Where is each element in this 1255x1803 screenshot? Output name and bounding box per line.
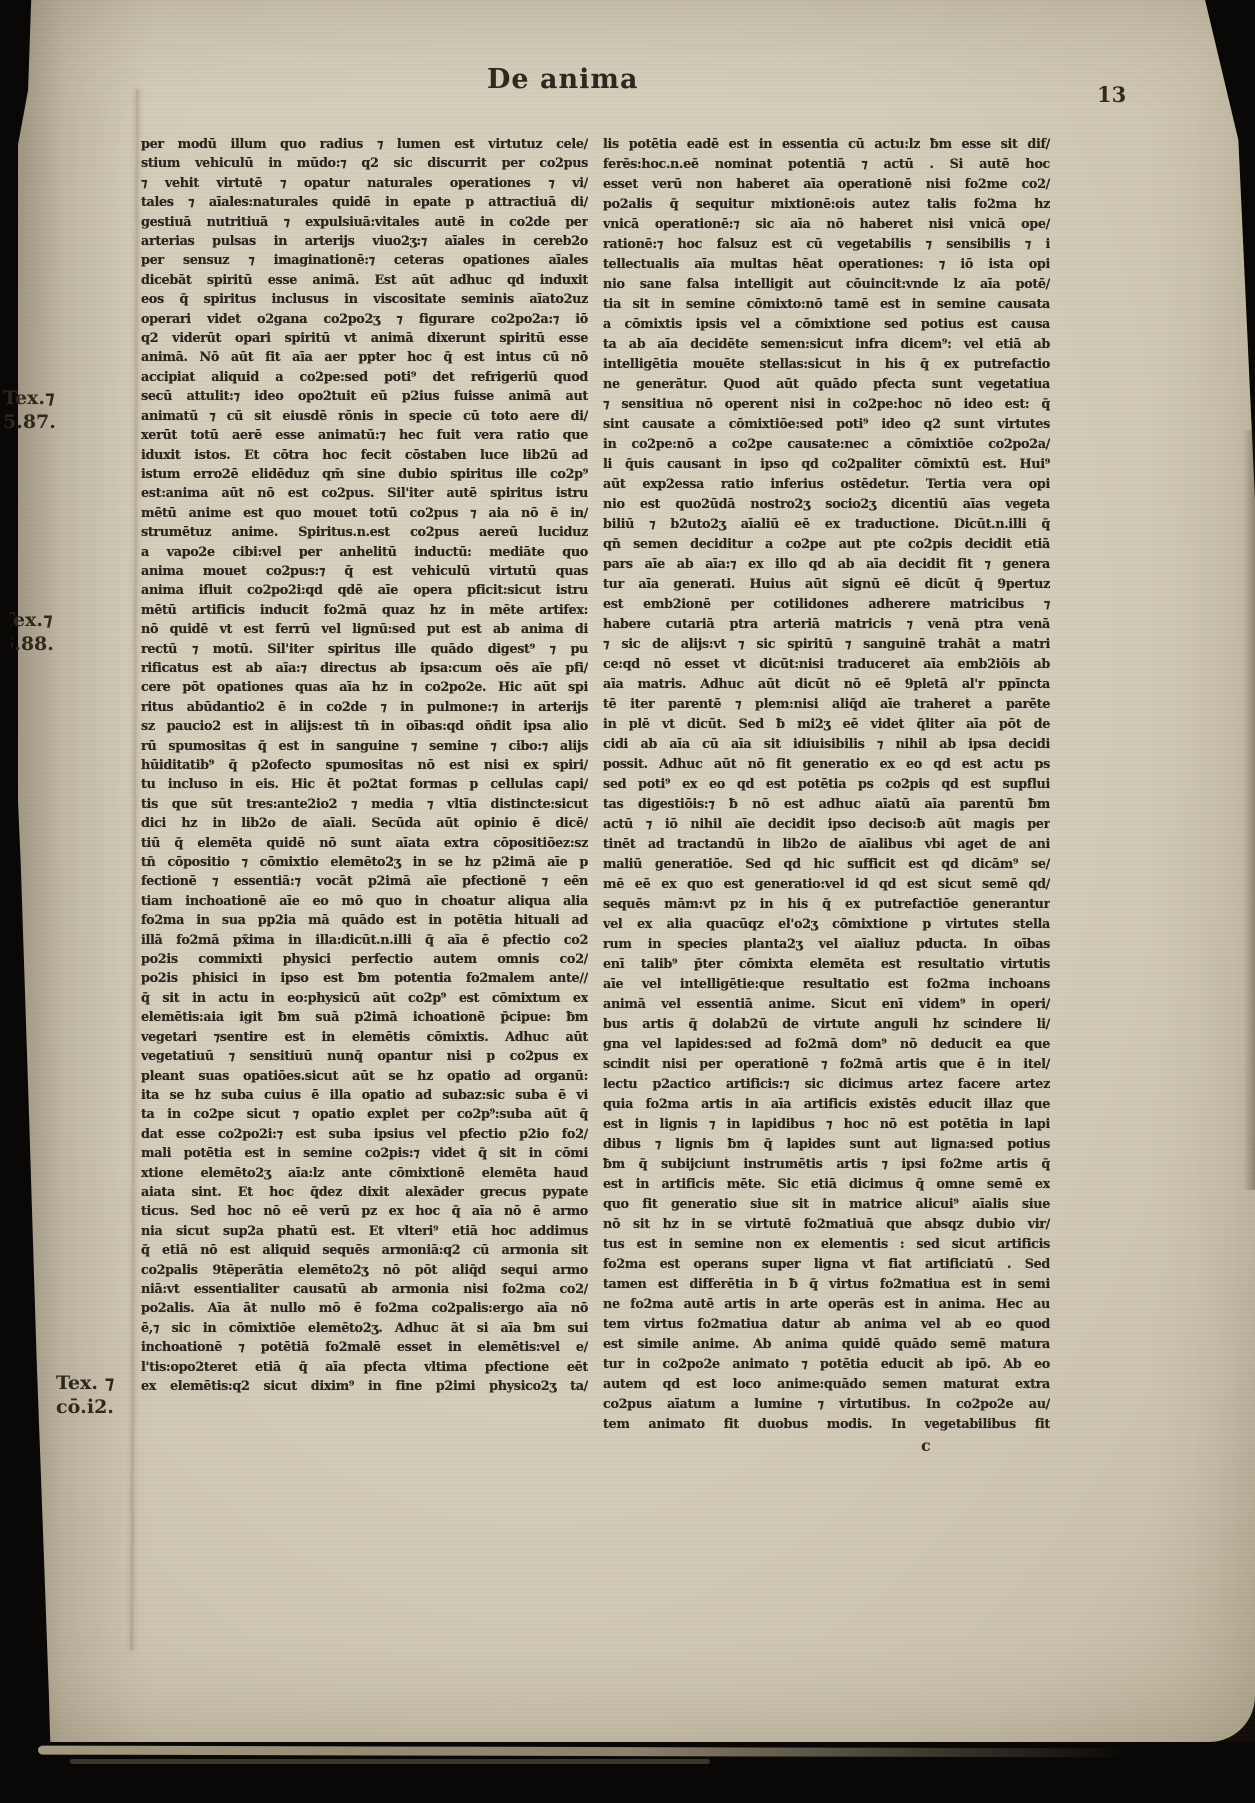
text-line: mē eē ex quo est generatio:vel id qd est… xyxy=(603,877,1050,897)
text-line: mētū anime est quo mouet totū co2pus ⁊ a… xyxy=(141,506,588,525)
page-stack-edge-2 xyxy=(70,1759,710,1764)
text-line: operari videt́ o2gana co2po2ʒ ⁊ figurare… xyxy=(141,312,588,331)
text-line: actū ⁊ iō nihil aīe decidit ipso deciso:… xyxy=(603,817,1050,837)
text-line: sed poti⁹ ex eo qd est potētia ps co2pis… xyxy=(603,777,1050,797)
text-line: dici hz in lib2o de aīali. Secūda aūt op… xyxy=(141,816,588,835)
text-line: per modū illum quo radius ⁊ lumen est vi… xyxy=(141,137,588,156)
text-line: po2is commixti physici perfectio autem o… xyxy=(141,952,588,971)
text-line: ex elemētis:q2 sicut dixim⁹ in fine p2im… xyxy=(141,1379,588,1398)
text-line: tales ⁊ aīales:naturales quidē in epate … xyxy=(141,195,588,214)
text-line: vegetatiuū ⁊ sensitiuū nunq̄ opantur nis… xyxy=(141,1049,588,1068)
text-line: intelligētia mouēte stellas:sicut in his… xyxy=(603,357,1050,377)
margin-note-1: Tex.⁊ 5.87. xyxy=(3,386,56,434)
text-line: est in artificis mēte. Sic etiā dicimus … xyxy=(603,1177,1050,1197)
text-line: animatū ⁊ cū sit eiusdē rōnis in specie … xyxy=(141,409,588,428)
text-line: eos q̄ spiritus inclusus in viscositate … xyxy=(141,292,588,311)
text-line: anima mouet co2pus:⁊ q̄ est vehiculū vir… xyxy=(141,564,588,583)
text-line: ta in co2pe sicut ⁊ opatio explet́ per c… xyxy=(141,1107,588,1126)
text-line: ita se hz suba cuius ē illa opatio ad su… xyxy=(141,1088,588,1107)
text-line: tn̄ cōpositio ⁊ cōmixtio elemēto2ʒ in se… xyxy=(141,855,588,874)
text-line: a vapo2e cibi:vel per anhelitū inductū: … xyxy=(141,545,588,564)
text-line: rificatus est ab aīa:⁊ directus ab ipsa:… xyxy=(141,661,588,680)
text-line: xtione elemēto2ʒ aīa:lz ante cōmixtionē … xyxy=(141,1166,588,1185)
margin-note-line: 5.87. xyxy=(3,410,56,434)
text-line: quo fit generatio siue sit in matrice al… xyxy=(603,1197,1050,1217)
text-line: animā. Nō aūt fit aīa aer ppter hoc q̄ e… xyxy=(141,350,588,369)
text-line: stium vehiculū in mūdo:⁊ q2 sic discurri… xyxy=(141,156,588,175)
text-line: nō sit hz in se virtutē fo2matiuā que ab… xyxy=(603,1217,1050,1237)
text-line: aīa matris. Adhuc aūt dicūt nō eē 9pletā… xyxy=(603,677,1050,697)
text-line: fo2ma in sua pp2ia mā quādo est in potēt… xyxy=(141,913,588,932)
text-line: nio est quo2ūdā nostro2ʒ socio2ʒ dicenti… xyxy=(603,497,1050,517)
text-line: ne fo2ma autē artis in arte operās est i… xyxy=(603,1297,1050,1317)
text-line: biliū ⁊ b2uto2ʒ aīaliū eē ex traductione… xyxy=(603,517,1050,537)
text-line: est:anima aūt nō est co2pus. Sil'iter au… xyxy=(141,486,588,505)
text-line: po2alis. Aīa āt nullo mō ē fo2ma co2pali… xyxy=(141,1301,588,1320)
text-line: sequēs mām:vt pz in his q̄ ex putrefacti… xyxy=(603,897,1050,917)
text-line: po2alis q̄ sequitur mixtionē:ois autez t… xyxy=(603,197,1050,217)
text-line: bus artis q̄ dolab2ū de virtute anguli h… xyxy=(603,1017,1050,1037)
text-line: gestiuā nutritiuā ⁊ expulsiuā:vitales au… xyxy=(141,215,588,234)
folio-number: 13 xyxy=(1097,82,1126,107)
text-line: est emb2ionē per cotilidones adherere ma… xyxy=(603,597,1050,617)
text-line: quia fo2ma artis in aīa artificis existē… xyxy=(603,1097,1050,1117)
text-line: tem animato fit duobus modis. In vegetab… xyxy=(603,1417,1050,1437)
text-column-right: lis potētia eadē est in essentia cū actu… xyxy=(603,137,1050,1437)
text-line: strumētuz anime. Spiritus.n.est co2pus a… xyxy=(141,525,588,544)
text-line: scindit nisi per operationē ⁊ fo2mā arti… xyxy=(603,1057,1050,1077)
text-line: q̄ sit in actu in eo:physicū aūt co2p⁹ e… xyxy=(141,991,588,1010)
page-stack-edge xyxy=(38,1746,1128,1758)
text-line: tur in co2po2e animato ⁊ potētia educit́… xyxy=(603,1357,1050,1377)
text-column-left: per modū illum quo radius ⁊ lumen est vi… xyxy=(141,137,588,1398)
text-line: l'tis:opo2teret etiā q̄ aīa pfecta vltim… xyxy=(141,1360,588,1379)
text-line: rationē:⁊ hoc falsuz est cū vegetabilis … xyxy=(603,237,1050,257)
text-line: vel ex alia quacūqz el'o2ʒ cōmixtione p … xyxy=(603,917,1050,937)
text-line: ⁊ vehit virtutē ⁊ opatur naturales opera… xyxy=(141,176,588,195)
book-edge-right-shadow xyxy=(1243,430,1255,1190)
text-line: istum erro2ē elidēduz qm̄ sine dubio spi… xyxy=(141,467,588,486)
text-line: enī talib⁹ p̄ter cōmixta elemēta est res… xyxy=(603,957,1050,977)
text-line: autem qd est loco anime:quādo semen matu… xyxy=(603,1377,1050,1397)
text-line: aūt exp2essa ratio inferius ostēdetur. T… xyxy=(603,477,1050,497)
text-line: q2 viderūt opari spiritū vt animā dixeru… xyxy=(141,331,588,350)
text-line: ⁊ sensitiua nō operent́ nisi in co2pe:ho… xyxy=(603,397,1050,417)
text-line: pleant suas opatiōes.sicut aūt se hz opa… xyxy=(141,1069,588,1088)
text-line: po2is phisici in ipso est ƀm potentia fo… xyxy=(141,971,588,990)
text-line: est in lignis ⁊ in lapidibus ⁊ hoc nō es… xyxy=(603,1117,1050,1137)
text-line: gna vel lapides:sed ad fo2mā dom⁹ nō ded… xyxy=(603,1037,1050,1057)
running-title: De anima xyxy=(487,64,638,95)
text-line: fectionē ⁊ essentiā:⁊ vocāt p2imā aīe pf… xyxy=(141,874,588,893)
text-line: ⁊ sic de alijs:vt ⁊ sic spiritū ⁊ sangui… xyxy=(603,637,1050,657)
text-line: vnicā operationē:⁊ sic aīa nō haberet ni… xyxy=(603,217,1050,237)
text-line: mētū artificis inducit fo2mā quaz hz in … xyxy=(141,603,588,622)
book-scan: De anima 13 Tex.⁊ 5.87. Tex.⁊ 5.88. Tex.… xyxy=(0,0,1255,1803)
text-line: arterias pulsas in arterijs viuo2ʒ:⁊ aīa… xyxy=(141,234,588,253)
text-line: tellectualis aīa multas hēat operationes… xyxy=(603,257,1050,277)
text-line: est simile anime. Ab anima quidē quādo s… xyxy=(603,1337,1050,1357)
text-line: nō quidē vt est ferrū vel lignū:sed put … xyxy=(141,622,588,641)
text-line: niā:vt essentialiter causatū ab armonia … xyxy=(141,1282,588,1301)
text-line: ne generātur. Quod aūt quādo pfecta sunt… xyxy=(603,377,1050,397)
text-line: tis que sūt tres:ante2io2 ⁊ media ⁊ vltī… xyxy=(141,797,588,816)
text-line: sint causate a cōmixtiōe:sed poti⁹ ideo … xyxy=(603,417,1050,437)
text-line: co2palis 9tēperātia elemēto2ʒ nō pōt ali… xyxy=(141,1263,588,1282)
text-line: ce:qd nō esset vt dicūt:nisi traduceret́… xyxy=(603,657,1050,677)
text-line: nia sicut sup2a phatū est. Et vlteri⁹ et… xyxy=(141,1224,588,1243)
text-line: q̄ etiā nō est aliquid sequēs armoniā:q2… xyxy=(141,1243,588,1262)
text-line: rectū ⁊ motū. Sil'iter spiritus ille quā… xyxy=(141,642,588,661)
text-line: cidi ab aīa cū aīa sit idiuisibilis ⁊ ni… xyxy=(603,737,1050,757)
text-line: ticus. Sed hoc nō eē verū pz ex hoc q̄ a… xyxy=(141,1204,588,1223)
text-line: tas digestiōis:⁊ ƀ nō est adhuc aīatū aī… xyxy=(603,797,1050,817)
text-line: possit. Adhuc aūt nō fit generatio ex eo… xyxy=(603,757,1050,777)
margin-note-line: Tex. ⁊ xyxy=(56,1371,114,1395)
text-line: tē iter parentē ⁊ plem:nisi aliq̄d aīe t… xyxy=(603,697,1050,717)
text-line: in co2pe:nō a co2pe causate:nec a cōmixt… xyxy=(603,437,1050,457)
margin-note-line: cō.i2. xyxy=(56,1395,114,1419)
text-line: in plē vt dicūt. Sed ƀ mi2ʒ eē videt́ q̄… xyxy=(603,717,1050,737)
text-line: secū attulit:⁊ ideo opo2tuit eū p2ius fu… xyxy=(141,389,588,408)
text-line: iduxit istos. Et cōtra hoc fecit cōstabe… xyxy=(141,448,588,467)
text-line: fo2ma est operans super ligna vt fiat ar… xyxy=(603,1257,1050,1277)
text-line: tur aīa generati. Huius aūt signū eē dic… xyxy=(603,577,1050,597)
text-line: tinēt ad tractandū in lib2o de aīalibus … xyxy=(603,837,1050,857)
text-line: tem virtus fo2matiua datur ab anima vel … xyxy=(603,1317,1050,1337)
text-line: dicebāt spiritū esse animā. Est aūt adhu… xyxy=(141,273,588,292)
text-line: maliū generatiōe. Sed qd hic sufficit es… xyxy=(603,857,1050,877)
text-line: cere pōt opationes quas aīa hz in co2po2… xyxy=(141,680,588,699)
text-line: dat esse co2po2i:⁊ est suba ipsius vel p… xyxy=(141,1127,588,1146)
text-line: tu incluso in eis. Hic ēt po2tat formas … xyxy=(141,777,588,796)
text-line: qn̄ semen deciditur a co2pe aut pte co2p… xyxy=(603,537,1050,557)
text-line: anima ifluit co2po2i:qd qdē aīe opera pf… xyxy=(141,583,588,602)
text-line: animā vel essentiā anime. Sicut enī vide… xyxy=(603,997,1050,1017)
text-line: tiam inchoationē aīe eo mō quo in choatu… xyxy=(141,894,588,913)
text-line: mali potētia est in semine co2pis:⁊ vide… xyxy=(141,1146,588,1165)
text-line: tus est in semine non ex elementis : sed… xyxy=(603,1237,1050,1257)
book-edge-bottom xyxy=(0,1742,1255,1803)
text-line: esset verū non haberet aīa operationē ni… xyxy=(603,177,1050,197)
text-line: dibus ⁊ lignis ƀm q̄ lapides sunt aut li… xyxy=(603,1137,1050,1157)
text-line: lis potētia eadē est in essentia cū actu… xyxy=(603,137,1050,157)
text-line: illā fo2mā px̄ima in illa:dicūt.n.illi q… xyxy=(141,933,588,952)
text-line: ē,⁊ sic in cōmixtiōe elemēto2ʒ. Adhuc āt… xyxy=(141,1321,588,1340)
text-line: habere cutariā ptra arteriā matricis ⁊ v… xyxy=(603,617,1050,637)
text-line: sz paucio2 est in alijs:est tn̄ in oības… xyxy=(141,719,588,738)
text-line: ta ab aīa decidēte semen:sicut infra dic… xyxy=(603,337,1050,357)
text-line: ƀm q̄ subijciunt́ instrumētis artis ⁊ ip… xyxy=(603,1157,1050,1177)
text-line: rū spumositas q̄ est in sanguine ⁊ semin… xyxy=(141,739,588,758)
text-line: ferēs:hoc.n.eē nominat potentiā ⁊ actū .… xyxy=(603,157,1050,177)
text-line: a cōmixtis ipsis vel a cōmixtione sed po… xyxy=(603,317,1050,337)
text-line: tia sit in semine cōmixto:nō tamē est in… xyxy=(603,297,1050,317)
text-line: xerūt totū aerē esse animatū:⁊ hec fuit … xyxy=(141,428,588,447)
margin-note-3: Tex. ⁊ cō.i2. xyxy=(56,1371,114,1419)
text-line: lectu p2actico artificis:⁊ sic dicimus a… xyxy=(603,1077,1050,1097)
text-line: aīe vel intelligētie:que resultatio est … xyxy=(603,977,1050,997)
text-line: per sensuz ⁊ imaginationē:⁊ ceteras opat… xyxy=(141,253,588,272)
text-line: inchoationē ⁊ potētiā fo2malē esset in e… xyxy=(141,1340,588,1359)
text-line: tiū q̄ elemēta quidē nō sunt aīata extra… xyxy=(141,836,588,855)
text-line: rum in species planta2ʒ vel aīaliuz pduc… xyxy=(603,937,1050,957)
text-line: tamen est differētia in ƀ q̄ virtus fo2m… xyxy=(603,1277,1050,1297)
text-line: nio sane falsa intelligit́ aut cōuincit́… xyxy=(603,277,1050,297)
text-line: hūiditatib⁹ q̄ p2ofecto spumositas nō es… xyxy=(141,758,588,777)
text-line: aiata sint. Et hoc q̄dez dixit alexāder … xyxy=(141,1185,588,1204)
text-line: co2pus aīatum a lumine ⁊ virtutibus. In … xyxy=(603,1397,1050,1417)
text-line: elemētis:aia igit́ ƀm suā p2imā ichoatio… xyxy=(141,1010,588,1029)
margin-note-line: Tex.⁊ xyxy=(3,386,56,410)
signature-mark: c xyxy=(921,1436,931,1455)
text-line: vegetari ⁊sentire est in elemētis cōmixt… xyxy=(141,1030,588,1049)
text-line: pars aīe ab aīa:⁊ ex illo qd ab aīa deci… xyxy=(603,557,1050,577)
text-line: accipiat aliquid a co2pe:sed poti⁹ det r… xyxy=(141,370,588,389)
text-line: ritus abūdantio2 ē in co2de ⁊ in pulmone… xyxy=(141,700,588,719)
text-line: li q̄uis causant́ in ipso qd co2paliter … xyxy=(603,457,1050,477)
